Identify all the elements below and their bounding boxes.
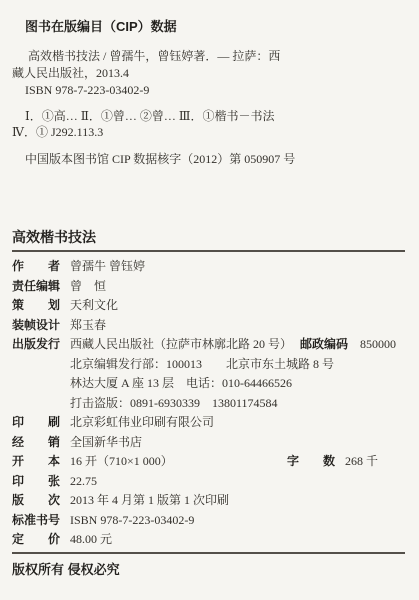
isbn-label: 标准书号 [12, 511, 60, 531]
cip-class-line-1: Ⅰ．①高… Ⅱ．①曾… ②曾… Ⅲ．①楷书－书法 [25, 108, 405, 125]
distributor-row: 经 销 全国新华书店 [12, 433, 405, 453]
cip-description: 高效楷书技法 / 曾孺牛，曾钰婷著．— 拉萨：西 藏人民出版社，2013.4 [12, 48, 405, 81]
cip-class-line-2: Ⅳ．① J292.113.3 [12, 124, 405, 141]
cip-line-2: 藏人民出版社，2013.4 [12, 65, 405, 82]
printer-row: 印 刷 北京彩虹伟业印刷有限公司 [12, 413, 405, 433]
edition-value: 2013 年 4 月第 1 版第 1 次印刷 [70, 491, 229, 511]
distributor-value: 全国新华书店 [70, 433, 142, 453]
format-value: 16 开（710×1 000） [70, 452, 173, 472]
author-row: 作 者 曾孺牛 曾钰婷 [12, 257, 405, 277]
editor-value: 曾 恒 [70, 277, 106, 297]
wordcount-group: 字 数268 千 [287, 452, 378, 472]
isbn-row: 标准书号 ISBN 978-7-223-03402-9 [12, 511, 405, 531]
title-rule [12, 250, 405, 252]
planner-row: 策 划 天利文化 [12, 296, 405, 316]
publisher-label: 出版发行 [12, 335, 60, 355]
copyright-page: 图书在版编目（CIP）数据 高效楷书技法 / 曾孺牛，曾钰婷著．— 拉萨：西 藏… [0, 0, 419, 600]
sheets-label: 印 张 [12, 472, 60, 492]
format-label: 开 本 [12, 452, 60, 472]
author-label: 作 者 [12, 257, 60, 277]
price-row: 定 价 48.00 元 [12, 530, 405, 550]
isbn-value: ISBN 978-7-223-03402-9 [70, 511, 194, 531]
format-row: 开 本 16 开（710×1 000） 字 数268 千 [12, 452, 405, 472]
editor-row: 责任编辑 曾 恒 [12, 277, 405, 297]
publisher-row: 出版发行 西藏人民出版社（拉萨市林廓北路 20 号）邮政编码850000 [12, 335, 405, 355]
sheets-value: 22.75 [70, 472, 97, 492]
edition-row: 版 次 2013 年 4 月第 1 版第 1 次印刷 [12, 491, 405, 511]
publisher-line-4: 打击盗版：0891-6930339 13801174584 [70, 394, 405, 414]
editor-label: 责任编辑 [12, 277, 60, 297]
publisher-line-2: 北京编辑发行部：100013 北京市东土城路 8 号 [70, 355, 405, 375]
wordcount-value: 268 千 [345, 454, 378, 468]
cip-line-1: 高效楷书技法 / 曾孺牛，曾钰婷著．— 拉萨：西 [12, 48, 405, 65]
bottom-rule [12, 552, 405, 554]
publisher-value: 西藏人民出版社（拉萨市林廓北路 20 号）邮政编码850000 [70, 335, 396, 355]
copyright-notice: 版权所有 侵权必究 [12, 561, 405, 579]
printer-value: 北京彩虹伟业印刷有限公司 [70, 413, 214, 433]
designer-value: 郑玉春 [70, 316, 106, 336]
colophon-table: 作 者 曾孺牛 曾钰婷 责任编辑 曾 恒 策 划 天利文化 装帧设计 郑玉春 出… [12, 257, 405, 550]
distributor-label: 经 销 [12, 433, 60, 453]
price-value: 48.00 元 [70, 530, 112, 550]
wordcount-label: 字 数 [287, 454, 335, 468]
cip-classification: Ⅰ．①高… Ⅱ．①曾… ②曾… Ⅲ．①楷书－书法 Ⅳ．① J292.113.3 [12, 108, 405, 141]
book-title: 高效楷书技法 [12, 227, 405, 247]
printer-label: 印 刷 [12, 413, 60, 433]
postcode-label: 邮政编码 [300, 337, 348, 351]
cip-record-number: 中国版本图书馆 CIP 数据核字（2012）第 050907 号 [25, 151, 405, 168]
price-label: 定 价 [12, 530, 60, 550]
planner-value: 天利文化 [70, 296, 118, 316]
edition-label: 版 次 [12, 491, 60, 511]
cip-isbn: ISBN 978-7-223-03402-9 [25, 82, 405, 99]
sheets-row: 印 张 22.75 [12, 472, 405, 492]
cip-header: 图书在版编目（CIP）数据 [25, 18, 405, 35]
planner-label: 策 划 [12, 296, 60, 316]
author-value: 曾孺牛 曾钰婷 [70, 257, 145, 277]
publisher-address: 西藏人民出版社（拉萨市林廓北路 20 号） [70, 337, 292, 351]
publisher-line-3: 林达大厦 A 座 13 层 电话：010-64466526 [70, 374, 405, 394]
designer-row: 装帧设计 郑玉春 [12, 316, 405, 336]
designer-label: 装帧设计 [12, 316, 60, 336]
postcode-value: 850000 [360, 337, 396, 351]
